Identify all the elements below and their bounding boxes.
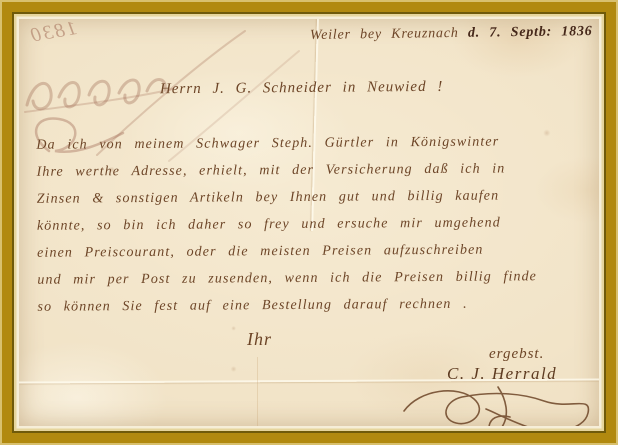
body-line: so können Sie fest auf eine Bestellung d… xyxy=(37,296,537,326)
salutation-line: Herrn J. G. Schneider in Neuwied ! xyxy=(160,79,443,98)
signature-flourish xyxy=(400,383,599,426)
signature-name: C. J. Herrald xyxy=(447,364,557,384)
body-line: könnte, so bin ich daher so frey und ers… xyxy=(37,215,537,245)
small-vertical-crease xyxy=(257,357,258,426)
date-line: Weiler bey Kreuznach d. 7. Septb: 1836 xyxy=(310,24,593,44)
body-line: und mir per Post zu zusenden, wenn ich d… xyxy=(37,269,537,299)
date-place: Weiler bey Kreuznach xyxy=(310,26,459,43)
date-value: d. 7. Septb: 1836 xyxy=(468,24,593,41)
letter-paper: 1830 Weiler bey Kreuznach d. 7. Septb: 1… xyxy=(19,19,599,426)
letter-body: Da ich von meinem Schwager Steph. Gürtle… xyxy=(36,134,537,326)
body-line: Da ich von meinem Schwager Steph. Gürtle… xyxy=(36,134,536,164)
closing-pre: Ihr xyxy=(247,329,272,350)
closing-word: ergebst. xyxy=(489,346,544,363)
framed-letter-photo: 1830 Weiler bey Kreuznach d. 7. Septb: 1… xyxy=(0,0,618,445)
body-line: einen Preiscourant, oder die meisten Pre… xyxy=(37,242,537,272)
body-line: Ihre werthe Adresse, erhielt, mit der Ve… xyxy=(37,161,537,191)
body-line: Zinsen & sonstigen Artikeln bey Ihnen gu… xyxy=(37,188,537,218)
